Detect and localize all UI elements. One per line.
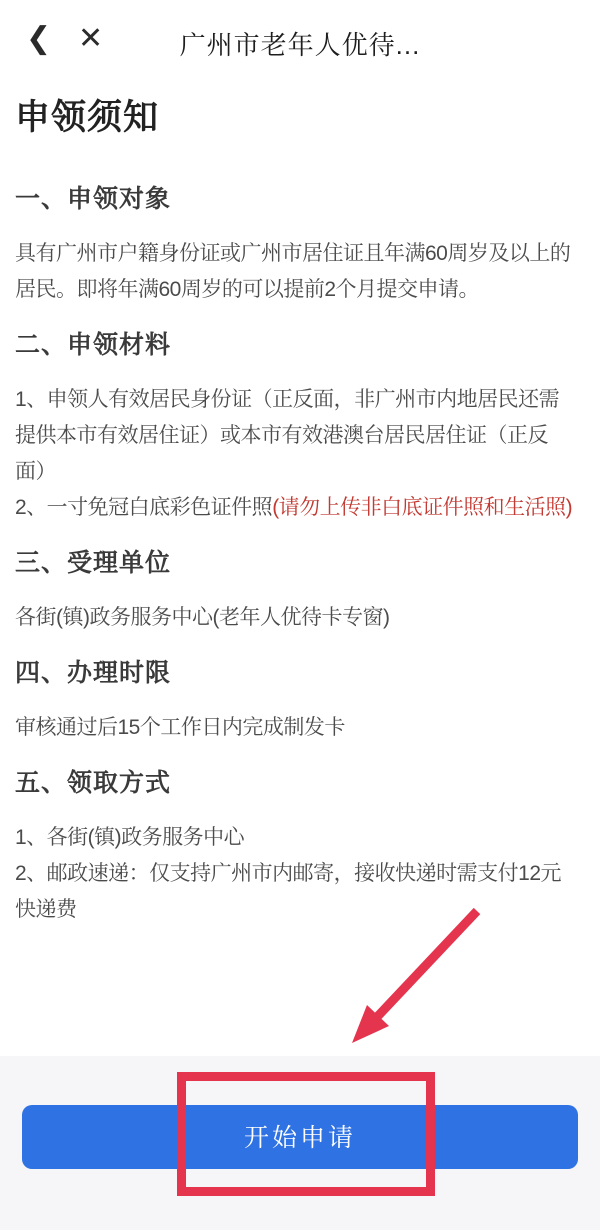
section-body-processing-time: 审核通过后15个工作日内完成制发卡	[15, 710, 585, 746]
start-application-button[interactable]: 开始申请	[22, 1105, 578, 1169]
section-title-materials: 二、申领材料	[15, 330, 585, 360]
pickup-list: 1、各街(镇)政务服务中心 2、邮政速递：仅支持广州市内邮寄，接收快递时需支付1…	[15, 820, 585, 928]
materials-list: 1、申领人有效居民身份证（正反面，非广州市内地居民还需 提供本市有效居住证）或本…	[15, 382, 585, 526]
materials-item-2: 2、一寸免冠白底彩色证件照(请勿上传非白底证件照和生活照)	[15, 490, 585, 526]
app-screen: ❮ ✕ 广州市老年人优待... 申领须知 一、申领对象 具有广州市户籍身份证或广…	[0, 0, 600, 1230]
section-body-accepting-unit: 各街(镇)政务服务中心(老年人优待卡专窗)	[15, 600, 585, 636]
section-title-processing-time: 四、办理时限	[15, 658, 585, 688]
section-body-applicants: 具有广州市户籍身份证或广州市居住证且年满60周岁及以上的 居民。即将年满60周岁…	[15, 236, 585, 308]
back-icon[interactable]: ❮	[26, 22, 51, 56]
close-icon[interactable]: ✕	[78, 22, 103, 56]
pickup-item-2: 2、邮政速递：仅支持广州市内邮寄，接收快递时需支付12元 快递费	[15, 856, 585, 928]
section-title-applicants: 一、申领对象	[15, 184, 585, 214]
materials-item-2-text: 2、一寸免冠白底彩色证件照	[15, 496, 272, 519]
materials-item-1: 1、申领人有效居民身份证（正反面，非广州市内地居民还需 提供本市有效居住证）或本…	[15, 382, 585, 490]
page-title: 申领须知	[15, 96, 585, 140]
footer-bar: 开始申请	[0, 1056, 600, 1230]
section-title-accepting-unit: 三、受理单位	[15, 548, 585, 578]
notice-content: 一、申领对象 具有广州市户籍身份证或广州市居住证且年满60周岁及以上的 居民。即…	[0, 184, 600, 928]
header: ❮ ✕ 广州市老年人优待...	[0, 0, 600, 80]
pickup-item-1: 1、各街(镇)政务服务中心	[15, 820, 585, 856]
section-title-pickup-method: 五、领取方式	[15, 768, 585, 798]
materials-item-2-warning: (请勿上传非白底证件照和生活照)	[272, 496, 572, 519]
